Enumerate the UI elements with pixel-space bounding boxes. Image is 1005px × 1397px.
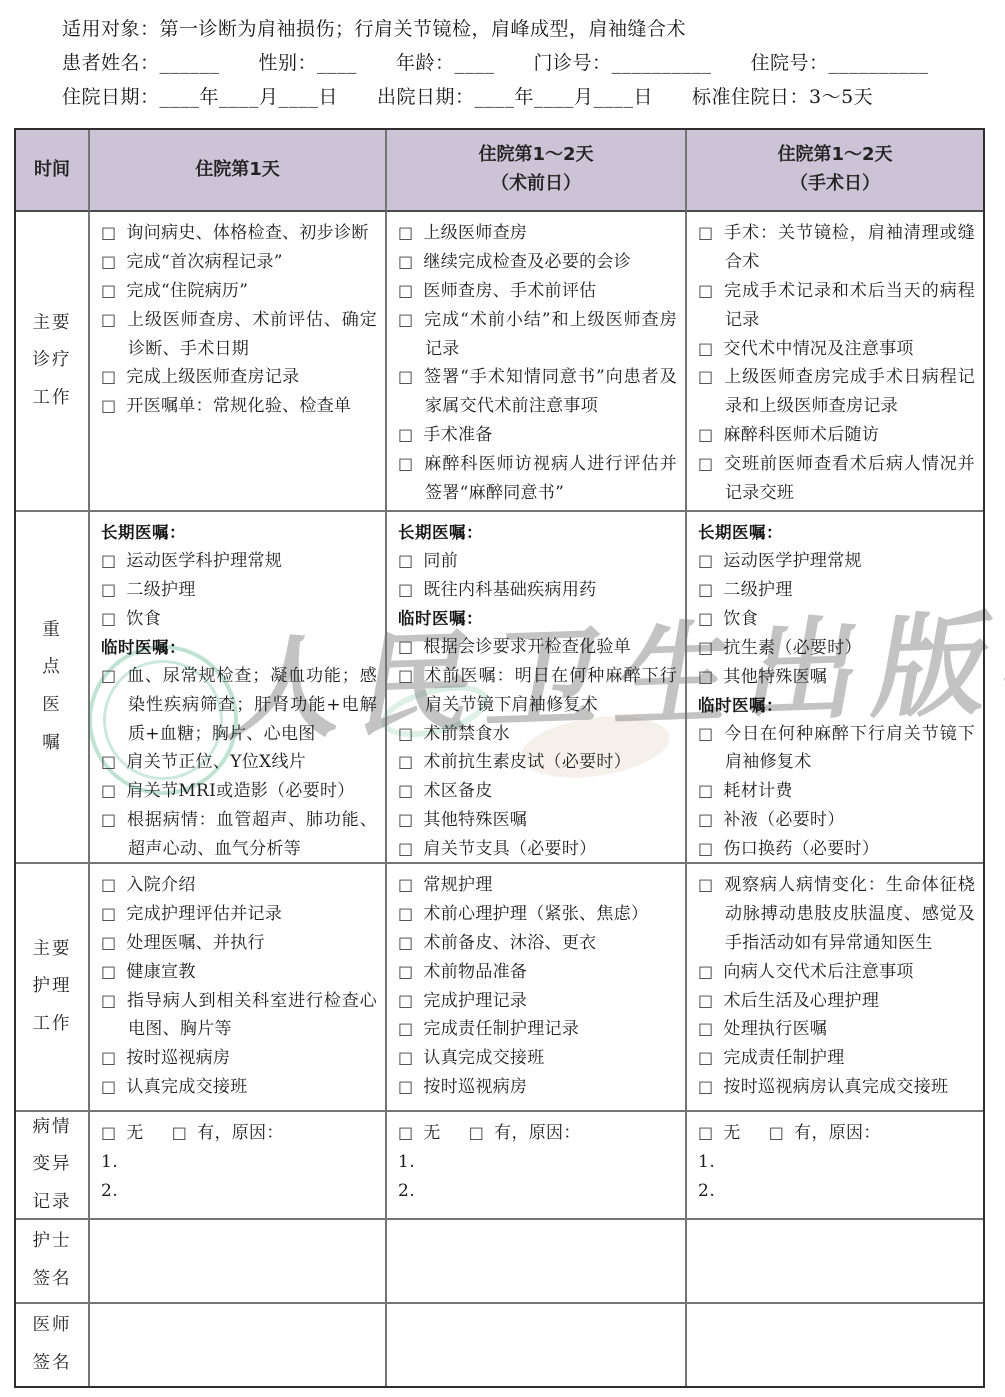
- checklist-item: □开医嘱单：常规化验、检查单: [101, 392, 377, 421]
- checkbox-icon[interactable]: □: [769, 1123, 784, 1142]
- checklist-item-label: 二级护理: [723, 580, 792, 600]
- variance-cell-day1: □无□有，原因：1.2.: [90, 1112, 387, 1220]
- checklist-item-label: 术后生活及心理护理: [723, 991, 879, 1011]
- row-label-main-treatment: 主要诊疗工作: [16, 212, 90, 512]
- checkbox-icon[interactable]: □: [172, 1123, 187, 1142]
- checklist-item: □运动医学科护理常规: [101, 547, 377, 576]
- checkbox-icon[interactable]: □: [398, 425, 413, 444]
- checkbox-icon[interactable]: □: [398, 1019, 413, 1038]
- checkbox-icon[interactable]: □: [101, 1048, 116, 1067]
- physician-signature-field-surgery[interactable]: [687, 1304, 983, 1386]
- checkbox-icon[interactable]: □: [101, 223, 116, 242]
- checklist-item-label: 入院介绍: [126, 875, 195, 895]
- checklist-item-label: 完成责任制护理: [723, 1048, 844, 1068]
- checkbox-icon[interactable]: □: [398, 281, 413, 300]
- checklist-item-label: 观察病人病情变化：生命体征桡动脉搏动患肢皮肤温度、感觉及手指活动如有异常通知医生: [724, 875, 975, 953]
- checklist-item-label: 手术：关节镜检，肩袖清理或缝合术: [724, 223, 975, 272]
- checklist-item-label: 上级医师查房、术前评估、确定诊断、手术日期: [127, 310, 377, 359]
- checklist-item: □交班前医师查看术后病人情况并记录交班: [698, 450, 975, 508]
- checklist-item-label: 今日在何种麻醉下行肩关节镜下肩袖修复术: [724, 724, 975, 773]
- row-label-line: 签名: [33, 1345, 72, 1383]
- checkbox-icon[interactable]: □: [101, 609, 116, 628]
- checklist-item: □同前: [398, 547, 677, 576]
- checklist-item: □术前心理护理（紧张、焦虑）: [398, 900, 677, 929]
- checklist-orders-day1: 长期医嘱：□运动医学科护理常规□二级护理□饮食临时医嘱：□血、尿常规检查；凝血功…: [90, 512, 387, 864]
- checklist-treatment-preop: □上级医师查房□继续完成检查及必要的会诊□医师查房、手术前评估□完成“术前小结”…: [387, 212, 687, 512]
- order-section-label: 临时医嘱：: [101, 634, 377, 662]
- checklist-item-label: 肩关节MRI或造影（必要时）: [126, 781, 354, 801]
- checklist-item: □上级医师查房、术前评估、确定诊断、手术日期: [101, 306, 377, 364]
- checkbox-icon[interactable]: □: [698, 223, 714, 242]
- checkbox-icon[interactable]: □: [698, 810, 713, 829]
- checklist-item: □根据会诊要求开检查化验单: [398, 633, 677, 662]
- text-line: 2.: [398, 1177, 677, 1206]
- checklist-item-label: 无: [723, 1123, 740, 1143]
- row-label-line: 嘱: [42, 725, 62, 763]
- row-label-main-nursing: 主要护理工作: [16, 864, 90, 1112]
- row-label-line: 护理: [33, 968, 72, 1006]
- checklist-item: □向病人交代术后注意事项: [698, 958, 975, 987]
- checklist-item: □根据病情：血管超声、肺功能、超声心动、血气分析等: [101, 806, 377, 864]
- order-section-label: 长期医嘱：: [398, 519, 677, 547]
- checklist-item-label: 根据会诊要求开检查化验单: [423, 637, 631, 657]
- checklist-item: □补液（必要时）: [698, 806, 975, 835]
- checkbox-icon[interactable]: □: [698, 454, 714, 473]
- row-label-physician-signature: 医师签名: [16, 1304, 90, 1386]
- checklist-item-label: 医师查房、手术前评估: [423, 281, 596, 301]
- checklist-item: □既往内科基础疾病用药: [398, 576, 677, 605]
- checkbox-icon[interactable]: □: [398, 904, 413, 923]
- checklist-item-label: 有，原因：: [197, 1123, 284, 1143]
- checkbox-icon[interactable]: □: [698, 551, 713, 570]
- row-label-line: 病情: [33, 1112, 72, 1146]
- header-preop-sub: （术前日）: [491, 170, 581, 199]
- checkbox-icon[interactable]: □: [101, 991, 117, 1010]
- checklist-item: □其他特殊医嘱: [398, 806, 677, 835]
- checkbox-icon[interactable]: □: [398, 580, 413, 599]
- header-surgery-label: 住院第1～2天: [777, 141, 892, 170]
- checklist-item: □常规护理: [398, 871, 677, 900]
- checkbox-icon[interactable]: □: [698, 1077, 713, 1096]
- checkbox-icon[interactable]: □: [698, 991, 713, 1010]
- checkbox-icon[interactable]: □: [101, 310, 117, 329]
- checklist-item-label: 抗生素（必要时）: [723, 638, 861, 658]
- text-line: 1.: [398, 1148, 677, 1177]
- checkbox-icon[interactable]: □: [398, 781, 413, 800]
- checkbox-icon[interactable]: □: [101, 1123, 116, 1142]
- checklist-item-label: 血、尿常规检查；凝血功能；感染性疾病筛查；肝肾功能+电解质+血糖；胸片、心电图: [127, 666, 377, 744]
- checklist-treatment-surgery: □手术：关节镜检，肩袖清理或缝合术□完成手术记录和术后当天的病程记录□交代术中情…: [687, 212, 983, 512]
- checkbox-icon[interactable]: □: [101, 551, 116, 570]
- checklist-item-label: 手术准备: [423, 425, 492, 445]
- checklist-item: □继续完成检查及必要的会诊: [398, 248, 677, 277]
- checkbox-icon[interactable]: □: [398, 962, 413, 981]
- checklist-item: □上级医师查房完成手术日病程记录和上级医师查房记录: [698, 363, 975, 421]
- checklist-item-label: 术前备皮、沐浴、更衣: [423, 933, 596, 953]
- checkbox-icon[interactable]: □: [698, 638, 713, 657]
- order-section-label: 长期医嘱：: [101, 519, 377, 547]
- checklist-item: □有，原因：: [469, 1119, 581, 1148]
- checklist-item-label: 完成护理记录: [423, 991, 527, 1011]
- variance-cell-surgery: □无□有，原因：1.2.: [687, 1112, 983, 1220]
- checklist-item: □完成责任制护理: [698, 1044, 975, 1073]
- checklist-item-label: 根据病情：血管超声、肺功能、超声心动、血气分析等: [127, 810, 377, 859]
- checklist-item: □观察病人病情变化：生命体征桡动脉搏动患肢皮肤温度、感觉及手指活动如有异常通知医…: [698, 871, 975, 958]
- checklist-item-label: 耗材计费: [723, 781, 792, 801]
- checklist-item-label: 健康宣教: [126, 962, 195, 982]
- nurse-signature-field-preop[interactable]: [387, 1220, 687, 1304]
- patient-info-line: 患者姓名：______ 性别：____ 年龄：____ 门诊号：________…: [62, 46, 929, 80]
- checklist-item-label: 按时巡视病房: [423, 1077, 527, 1097]
- checkbox-icon[interactable]: □: [398, 637, 413, 656]
- physician-signature-field-preop[interactable]: [387, 1304, 687, 1386]
- row-label-line: 工作: [33, 1006, 72, 1044]
- nurse-signature-field-day1[interactable]: [90, 1220, 387, 1304]
- order-section-label: 长期医嘱：: [698, 519, 975, 547]
- checklist-item: □其他特殊医嘱: [698, 663, 975, 692]
- checklist-item: □按时巡视病房认真完成交接班: [698, 1073, 975, 1102]
- checkbox-icon[interactable]: □: [398, 991, 413, 1010]
- checklist-item-label: 签署“手术知情同意书”向患者及家属交代术前注意事项: [424, 367, 677, 416]
- header-preop-label: 住院第1～2天: [478, 141, 593, 170]
- checklist-item: □询问病史、体格检查、初步诊断: [101, 219, 377, 248]
- checklist-item: □处理执行医嘱: [698, 1015, 975, 1044]
- checklist-item-label: 完成“首次病程记录”: [126, 252, 282, 272]
- checkbox-icon[interactable]: □: [398, 875, 413, 894]
- checkbox-icon[interactable]: □: [398, 933, 413, 952]
- header-cell-day1: 住院第1天: [90, 130, 387, 212]
- checklist-orders-surgery: 长期医嘱：□运动医学护理常规□二级护理□饮食□抗生素（必要时）□其他特殊医嘱临时…: [687, 512, 983, 864]
- checklist-item-label: 术前抗生素皮试（必要时）: [423, 752, 631, 772]
- header-day1-label: 住院第1天: [195, 156, 280, 185]
- row-label-nurse-signature: 护士签名: [16, 1220, 90, 1304]
- checkbox-icon[interactable]: □: [698, 839, 713, 858]
- checklist-item: □完成手术记录和术后当天的病程记录: [698, 277, 975, 335]
- checkbox-icon[interactable]: □: [698, 339, 713, 358]
- checkbox-icon[interactable]: □: [698, 367, 714, 386]
- checklist-item: □完成“住院病历”: [101, 277, 377, 306]
- checkbox-icon[interactable]: □: [398, 1048, 413, 1067]
- checklist-item: □上级医师查房: [398, 219, 677, 248]
- checklist-item-label: 肩关节正位、Y位X线片: [126, 752, 306, 772]
- row-label-line: 点: [42, 649, 62, 687]
- checkbox-icon[interactable]: □: [101, 752, 116, 771]
- checklist-item-label: 运动医学科护理常规: [126, 551, 282, 571]
- checkbox-icon[interactable]: □: [101, 580, 116, 599]
- text-line: 2.: [101, 1177, 377, 1206]
- checklist-item: □血、尿常规检查；凝血功能；感染性疾病筛查；肝肾功能+电解质+血糖；胸片、心电图: [101, 662, 377, 749]
- checklist-item: □肩关节MRI或造影（必要时）: [101, 777, 377, 806]
- checkbox-icon[interactable]: □: [398, 1123, 413, 1142]
- checklist-item: □饮食: [698, 605, 975, 634]
- checklist-nursing-surgery: □观察病人病情变化：生命体征桡动脉搏动患肢皮肤温度、感觉及手指活动如有异常通知医…: [687, 864, 983, 1112]
- checklist-item-label: 二级护理: [126, 580, 195, 600]
- checkbox-icon[interactable]: □: [698, 875, 714, 894]
- checkbox-icon[interactable]: □: [698, 1048, 713, 1067]
- checklist-item: □认真完成交接班: [101, 1073, 377, 1102]
- checklist-item: □认真完成交接班: [398, 1044, 677, 1073]
- checklist-item-label: 完成手术记录和术后当天的病程记录: [724, 281, 975, 330]
- checklist-item: □手术准备: [398, 421, 677, 450]
- checklist-item: □伤口换药（必要时）: [698, 835, 975, 864]
- text-line: 2.: [698, 1177, 975, 1206]
- checkbox-icon[interactable]: □: [698, 580, 713, 599]
- checklist-item-label: 术前医嘱：明日在何种麻醉下行肩关节镜下肩袖修复术: [424, 666, 677, 715]
- checkbox-icon[interactable]: □: [398, 1077, 413, 1096]
- checklist-item: □术前禁食水: [398, 720, 677, 749]
- checklist-item: □术后生活及心理护理: [698, 987, 975, 1016]
- row-label-line: 变异: [33, 1146, 72, 1184]
- checkbox-icon[interactable]: □: [398, 810, 413, 829]
- row-label-line: 医师: [33, 1307, 72, 1345]
- checklist-item-label: 有，原因：: [794, 1123, 881, 1143]
- checklist-item-label: 询问病史、体格检查、初步诊断: [126, 223, 368, 243]
- checklist-item: □抗生素（必要时）: [698, 634, 975, 663]
- nurse-signature-field-surgery[interactable]: [687, 1220, 983, 1304]
- checklist-item-label: 按时巡视病房: [126, 1048, 230, 1068]
- checkbox-icon[interactable]: □: [698, 1019, 713, 1038]
- checklist-item: □完成护理评估并记录: [101, 900, 377, 929]
- checklist-item: □按时巡视病房: [101, 1044, 377, 1073]
- checklist-item: □医师查房、手术前评估: [398, 277, 677, 306]
- checklist-item-label: 术前心理护理（紧张、焦虑）: [423, 904, 648, 924]
- header-cell-preop-day: 住院第1～2天 （术前日）: [387, 130, 687, 212]
- checkbox-icon[interactable]: □: [398, 666, 414, 685]
- checklist-item: □签署“手术知情同意书”向患者及家属交代术前注意事项: [398, 363, 677, 421]
- row-label-line: 记录: [33, 1184, 72, 1220]
- clinical-pathway-table: 时间 住院第1天 住院第1～2天 （术前日） 住院第1～2天 （手术日） 主要诊…: [14, 128, 985, 1388]
- checklist-item-label: 交班前医师查看术后病人情况并记录交班: [724, 454, 975, 503]
- checklist-item-label: 指导病人到相关科室进行检查心电图、胸片等: [127, 991, 377, 1040]
- checklist-item-label: 既往内科基础疾病用药: [423, 580, 596, 600]
- header-surgery-sub: （手术日）: [790, 170, 880, 199]
- checklist-item-label: 麻醉科医师访视病人进行评估并签署“麻醉同意书”: [424, 454, 677, 503]
- checkbox-icon[interactable]: □: [101, 904, 116, 923]
- checklist-item: □饮食: [101, 605, 377, 634]
- checklist-item-label: 有，原因：: [494, 1123, 581, 1143]
- checklist-item: □完成上级医师查房记录: [101, 363, 377, 392]
- checklist-item-label: 按时巡视病房认真完成交接班: [723, 1077, 948, 1097]
- checklist-item: □二级护理: [101, 576, 377, 605]
- text-line: 1.: [698, 1148, 975, 1177]
- checklist-item-label: 其他特殊医嘱: [723, 667, 827, 687]
- checkbox-icon[interactable]: □: [101, 396, 116, 415]
- checklist-item: □完成责任制护理记录: [398, 1015, 677, 1044]
- checkbox-icon[interactable]: □: [398, 252, 413, 271]
- order-section-label: 临时医嘱：: [398, 605, 677, 633]
- checklist-item: □处理医嘱、并执行: [101, 929, 377, 958]
- checklist-item: □有，原因：: [769, 1119, 881, 1148]
- checkbox-icon[interactable]: □: [101, 281, 116, 300]
- checkbox-icon[interactable]: □: [698, 281, 714, 300]
- checkbox-icon[interactable]: □: [698, 609, 713, 628]
- checkbox-icon[interactable]: □: [398, 839, 413, 858]
- checkbox-icon[interactable]: □: [469, 1123, 484, 1142]
- checklist-item: □完成护理记录: [398, 987, 677, 1016]
- checklist-item: □肩关节支具（必要时）: [398, 835, 677, 864]
- checklist-item-label: 同前: [423, 551, 458, 571]
- variance-cell-preop: □无□有，原因：1.2.: [387, 1112, 687, 1220]
- checkbox-icon[interactable]: □: [398, 310, 414, 329]
- checklist-item-label: 开医嘱单：常规化验、检查单: [126, 396, 351, 416]
- checklist-item-label: 认真完成交接班: [423, 1048, 544, 1068]
- checklist-item: □完成“术前小结”和上级医师查房记录: [398, 306, 677, 364]
- checklist-item: □无: [101, 1119, 144, 1148]
- checklist-item-label: 饮食: [723, 609, 758, 629]
- checklist-item-label: 麻醉科医师术后随访: [723, 425, 879, 445]
- checklist-item: □无: [398, 1119, 441, 1148]
- checklist-item: □术前物品准备: [398, 958, 677, 987]
- order-section-label: 临时医嘱：: [698, 692, 975, 720]
- checklist-item: □有，原因：: [172, 1119, 284, 1148]
- checklist-nursing-day1: □入院介绍□完成护理评估并记录□处理医嘱、并执行□健康宣教□指导病人到相关科室进…: [90, 864, 387, 1112]
- checkbox-icon[interactable]: □: [698, 425, 713, 444]
- checkbox-icon[interactable]: □: [101, 962, 116, 981]
- checklist-item: □肩关节正位、Y位X线片: [101, 748, 377, 777]
- checkbox-icon[interactable]: □: [398, 223, 413, 242]
- checklist-item-label: 其他特殊医嘱: [423, 810, 527, 830]
- checklist-item: □术前医嘱：明日在何种麻醉下行肩关节镜下肩袖修复术: [398, 662, 677, 720]
- checklist-item-label: 继续完成检查及必要的会诊: [423, 252, 631, 272]
- checklist-item: □麻醉科医师访视病人进行评估并签署“麻醉同意书”: [398, 450, 677, 508]
- row-label-line: 重: [42, 612, 62, 650]
- checklist-item-label: 完成责任制护理记录: [423, 1019, 579, 1039]
- checklist-item-label: 认真完成交接班: [126, 1077, 247, 1097]
- checklist-item: □术前备皮、沐浴、更衣: [398, 929, 677, 958]
- admission-dates-line: 住院日期：____年____月____日 出院日期：____年____月____…: [62, 80, 929, 114]
- checklist-item: □无: [698, 1119, 741, 1148]
- row-label-line: 护士: [33, 1223, 72, 1261]
- checklist-item-label: 完成“住院病历”: [126, 281, 248, 301]
- checklist-item-label: 向病人交代术后注意事项: [723, 962, 913, 982]
- checklist-item-label: 运动医学护理常规: [723, 551, 861, 571]
- clinical-pathway-sheet: 适用对象：第一诊断为肩袖损伤；行肩关节镜检，肩峰成型，肩袖缝合术 患者姓名：__…: [0, 0, 1005, 1397]
- checklist-item-label: 常规护理: [423, 875, 492, 895]
- checklist-item: □入院介绍: [101, 871, 377, 900]
- checklist-item-label: 完成护理评估并记录: [126, 904, 282, 924]
- checkbox-icon[interactable]: □: [101, 1077, 116, 1096]
- checklist-item-label: 术前物品准备: [423, 962, 527, 982]
- checkbox-icon[interactable]: □: [398, 454, 414, 473]
- checklist-item: □手术：关节镜检，肩袖清理或缝合术: [698, 219, 975, 277]
- row-label-variance-record: 病情变异记录: [16, 1112, 90, 1220]
- checklist-item-label: 肩关节支具（必要时）: [423, 839, 596, 859]
- checkbox-icon[interactable]: □: [101, 367, 116, 386]
- checklist-item: □今日在何种麻醉下行肩关节镜下肩袖修复术: [698, 720, 975, 778]
- checklist-item: □耗材计费: [698, 777, 975, 806]
- checkbox-icon[interactable]: □: [101, 933, 116, 952]
- checklist-item-label: 伤口换药（必要时）: [723, 839, 879, 859]
- checklist-item: □二级护理: [698, 576, 975, 605]
- checklist-nursing-preop: □常规护理□术前心理护理（紧张、焦虑）□术前备皮、沐浴、更衣□术前物品准备□完成…: [387, 864, 687, 1112]
- checkbox-icon[interactable]: □: [398, 752, 413, 771]
- row-label-line: 主要: [33, 931, 72, 969]
- checklist-item-label: 处理医嘱、并执行: [126, 933, 264, 953]
- checklist-item: □交代术中情况及注意事项: [698, 335, 975, 364]
- checkbox-icon[interactable]: □: [398, 551, 413, 570]
- checklist-item-label: 处理执行医嘱: [723, 1019, 827, 1039]
- checklist-item-label: 术区备皮: [423, 781, 492, 801]
- checklist-item-label: 上级医师查房完成手术日病程记录和上级医师查房记录: [724, 367, 975, 416]
- row-label-line: 诊疗: [33, 342, 72, 380]
- checklist-item: □运动医学护理常规: [698, 547, 975, 576]
- checklist-item-label: 完成“术前小结”和上级医师查房记录: [424, 310, 677, 359]
- checkbox-icon[interactable]: □: [101, 810, 117, 829]
- checklist-item: □完成“首次病程记录”: [101, 248, 377, 277]
- row-label-key-orders: 重点医嘱: [16, 512, 90, 864]
- checkbox-icon[interactable]: □: [698, 962, 713, 981]
- row-label-line: 主要: [33, 305, 72, 343]
- checklist-item: □术区备皮: [398, 777, 677, 806]
- checklist-item-label: 补液（必要时）: [723, 810, 844, 830]
- checklist-item: □指导病人到相关科室进行检查心电图、胸片等: [101, 987, 377, 1045]
- checkbox-icon[interactable]: □: [698, 781, 713, 800]
- text-line: 1.: [101, 1148, 377, 1177]
- checkbox-icon[interactable]: □: [101, 781, 116, 800]
- checklist-item-label: 饮食: [126, 609, 161, 629]
- checklist-item-label: 上级医师查房: [423, 223, 527, 243]
- applicable-subject-line: 适用对象：第一诊断为肩袖损伤；行肩关节镜检，肩峰成型，肩袖缝合术: [62, 12, 929, 46]
- physician-signature-field-day1[interactable]: [90, 1304, 387, 1386]
- header-time-label: 时间: [34, 156, 70, 185]
- header-cell-surgery-day: 住院第1～2天 （手术日）: [687, 130, 983, 212]
- checkbox-icon[interactable]: □: [101, 666, 117, 685]
- row-label-line: 医: [42, 687, 62, 725]
- checklist-item-label: 交代术中情况及注意事项: [723, 339, 913, 359]
- checklist-item-label: 无: [126, 1123, 143, 1143]
- checkbox-icon[interactable]: □: [698, 667, 713, 686]
- checkbox-icon[interactable]: □: [101, 875, 116, 894]
- checkbox-icon[interactable]: □: [398, 724, 413, 743]
- checklist-item-label: 术前禁食水: [423, 724, 510, 744]
- checkbox-icon[interactable]: □: [398, 367, 414, 386]
- checkbox-icon[interactable]: □: [698, 724, 714, 743]
- checklist-item-label: 无: [423, 1123, 440, 1143]
- checkbox-icon[interactable]: □: [698, 1123, 713, 1142]
- checklist-orders-preop: 长期医嘱：□同前□既往内科基础疾病用药临时医嘱：□根据会诊要求开检查化验单□术前…: [387, 512, 687, 864]
- checklist-item: □麻醉科医师术后随访: [698, 421, 975, 450]
- row-label-line: 工作: [33, 380, 72, 418]
- form-header: 适用对象：第一诊断为肩袖损伤；行肩关节镜检，肩峰成型，肩袖缝合术 患者姓名：__…: [62, 12, 929, 114]
- header-cell-time: 时间: [16, 130, 90, 212]
- checklist-treatment-day1: □询问病史、体格检查、初步诊断□完成“首次病程记录”□完成“住院病历”□上级医师…: [90, 212, 387, 512]
- row-label-line: 签名: [33, 1261, 72, 1299]
- checklist-item: □按时巡视病房: [398, 1073, 677, 1102]
- checklist-item-label: 完成上级医师查房记录: [126, 367, 299, 387]
- checklist-item: □健康宣教: [101, 958, 377, 987]
- checkbox-icon[interactable]: □: [101, 252, 116, 271]
- checklist-item: □术前抗生素皮试（必要时）: [398, 748, 677, 777]
